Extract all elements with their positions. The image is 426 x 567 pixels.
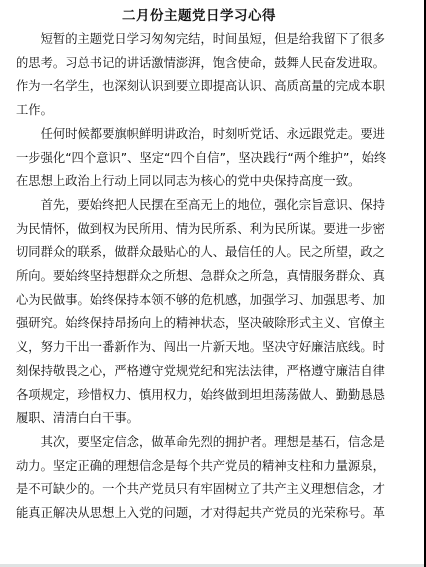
paragraph-4: 其次，要坚定信念，做革命先烈的拥护者。理想是基石，信念是 bbox=[16, 431, 386, 455]
text-line: 的思考。习总书记的讲话激情澎湃，饱含使命，鼓舞人民奋发进取。 bbox=[16, 52, 386, 76]
text-line: 动力。坚定正确的理想信念是每个共产党员的精神支柱和力量源泉， bbox=[16, 455, 386, 479]
text-line: 在思想上政治上行动上同以同志为核心的党中央保持高度一致。 bbox=[16, 170, 386, 194]
text-line: 为民情怀，做到权为民所用、情为民所系、利为民所谋。要进一步密 bbox=[16, 218, 386, 242]
text-line: 心为民做事。始终保持本领不够的危机感，加强学习、加强思考、加 bbox=[16, 289, 386, 313]
text-line: 刻保持敬畏之心，严格遵守党规党纪和宪法法律，严格遵守廉洁自律 bbox=[16, 360, 386, 384]
text-line: 能真正解决从思想上入党的问题，才对得起共产党员的光荣称号。革 bbox=[16, 502, 386, 526]
document-page: 二月份主题党日学习心得 短暂的主题党日学习匆匆完结，时间虽短，但是给我留下了很多… bbox=[0, 0, 424, 564]
text-line: 各项规定，珍惜权力、慎用权力，始终做到坦坦荡荡做人、勤勤恳恳 bbox=[16, 384, 386, 408]
text-line: 作为一名学生，也深刻认识到要立即提高认识、高质高量的完成本职 bbox=[16, 75, 386, 99]
document-body: 短暂的主题党日学习匆匆完结，时间虽短，但是给我留下了很多 的思考。习总书记的讲话… bbox=[16, 28, 386, 526]
text-line: 一步强化“四个意识”、坚定“四个自信”，坚决践行“两个维护”，始终 bbox=[16, 147, 386, 171]
text-line: 义，努力干出一番新作为、闯出一片新天地。坚决守好廉洁底线。时 bbox=[16, 336, 386, 360]
text-line: 切同群众的联系，做群众最贴心的人、最信任的人。民之所望，政之 bbox=[16, 241, 386, 265]
paragraph-2: 任何时候都要旗帜鲜明讲政治，时刻听党话、永远跟党走。要进 bbox=[16, 123, 386, 147]
paragraph-4-cont: 动力。坚定正确的理想信念是每个共产党员的精神支柱和力量源泉， 是不可缺少的。一个… bbox=[16, 455, 386, 526]
text-line: 工作。 bbox=[16, 99, 386, 123]
text-line: 强研究。始终保持昂扬向上的精神状态，坚决破除形式主义、官僚主 bbox=[16, 312, 386, 336]
paragraph-1: 短暂的主题党日学习匆匆完结，时间虽短，但是给我留下了很多 bbox=[16, 28, 386, 52]
text-line: 首先，要始终把人民摆在至高无上的地位，强化宗旨意识、保持 bbox=[16, 194, 386, 218]
text-line: 履职、清清白白干事。 bbox=[16, 407, 386, 431]
paragraph-3: 首先，要始终把人民摆在至高无上的地位，强化宗旨意识、保持 bbox=[16, 194, 386, 218]
text-line: 短暂的主题党日学习匆匆完结，时间虽短，但是给我留下了很多 bbox=[16, 28, 386, 52]
document-title: 二月份主题党日学习心得 bbox=[0, 4, 398, 24]
text-line: 所向。要始终坚持想群众之所想、急群众之所急，真情服务群众、真 bbox=[16, 265, 386, 289]
text-line: 任何时候都要旗帜鲜明讲政治，时刻听党话、永远跟党走。要进 bbox=[16, 123, 386, 147]
text-line: 是不可缺少的。一个共产党员只有牢固树立了共产主义理想信念，才 bbox=[16, 478, 386, 502]
text-line: 其次，要坚定信念，做革命先烈的拥护者。理想是基石，信念是 bbox=[16, 431, 386, 455]
paragraph-2-cont: 一步强化“四个意识”、坚定“四个自信”，坚决践行“两个维护”，始终 在思想上政治… bbox=[16, 147, 386, 194]
paragraph-3-cont: 为民情怀，做到权为民所用、情为民所系、利为民所谋。要进一步密 切同群众的联系，做… bbox=[16, 218, 386, 431]
paragraph-1-cont: 的思考。习总书记的讲话激情澎湃，饱含使命，鼓舞人民奋发进取。 作为一名学生，也深… bbox=[16, 52, 386, 123]
